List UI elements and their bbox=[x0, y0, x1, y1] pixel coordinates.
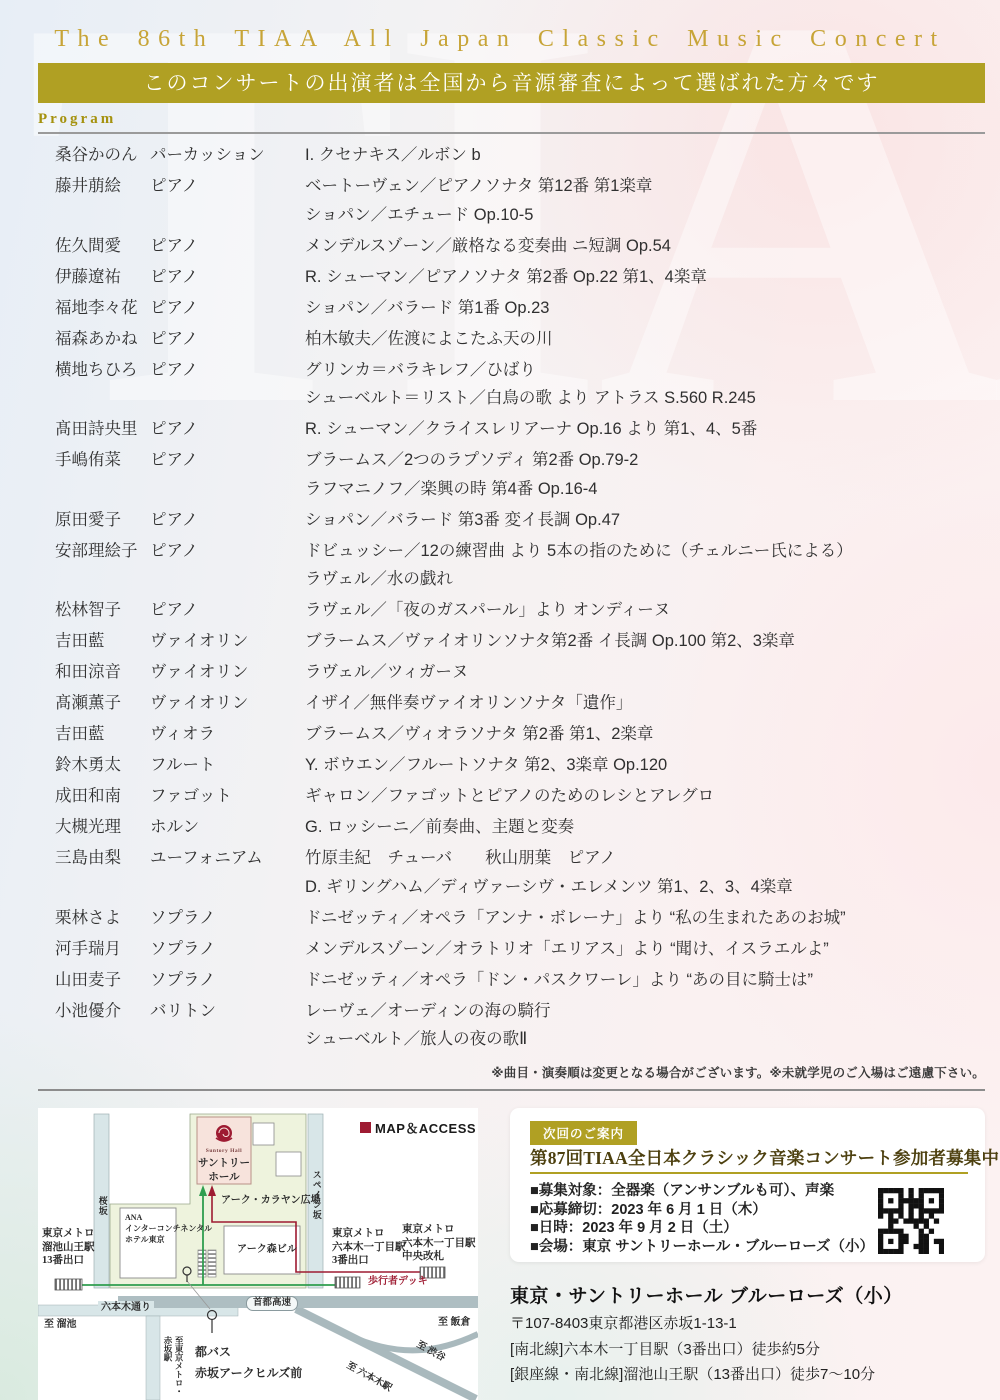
performer-instrument: ヴィオラ bbox=[150, 720, 305, 749]
program-row: 福地李々花 ピアノ ショパン／バラード 第1番 Op.23 bbox=[55, 294, 985, 323]
piece-list: ドニゼッティ／オペラ「アンナ・ボレーナ」より “私の生まれたあのお城” bbox=[305, 904, 985, 933]
performer-instrument: ソプラノ bbox=[150, 904, 305, 933]
performer-instrument: ソプラノ bbox=[150, 966, 305, 995]
program-row: 藤井萠絵 ピアノ ベートーヴェン／ピアノソナタ 第12番 第1楽章ショパン／エチ… bbox=[55, 172, 985, 229]
piece: Y. ボウエン／フルートソナタ 第2、3楽章 Op.120 bbox=[305, 751, 985, 780]
performer-instrument: フルート bbox=[150, 751, 305, 780]
performer-instrument: ピアノ bbox=[150, 356, 305, 413]
piece: シューベルト＝リスト／白鳥の歌 より アトラス S.560 R.245 bbox=[305, 384, 985, 413]
piece-list: レーヴェ／オーディンの海の騎行シューベルト／旅人の夜の歌Ⅱ bbox=[305, 997, 985, 1054]
piece-list: ドビュッシー／12の練習曲 より 5本の指のために（チェルニー氏による）ラヴェル… bbox=[305, 537, 985, 594]
program-row: 和田涼音 ヴァイオリン ラヴェル／ツィガーヌ bbox=[55, 658, 985, 687]
venue-access-1: [南北線]六本木一丁目駅（3番出口）徒歩約5分 bbox=[510, 1338, 820, 1359]
performer-instrument: ホルン bbox=[150, 813, 305, 842]
performer-name: 栗林さよ bbox=[55, 904, 150, 933]
performer-instrument: バリトン bbox=[150, 997, 305, 1054]
next-concert-title: 第87回TIAA全日本クラシック音楽コンサート参加者募集中 bbox=[530, 1145, 980, 1170]
piece: レーヴェ／オーディンの海の騎行 bbox=[305, 997, 985, 1026]
performer-instrument: ピアノ bbox=[150, 506, 305, 535]
next-concert-details: ■募集対象：全器楽（アンサンブルも可）、声楽 ■応募締切：2023 年 6 月 … bbox=[530, 1182, 874, 1256]
performer-instrument: ヴァイオリン bbox=[150, 658, 305, 687]
piece: ショパン／エチュード Op.10-5 bbox=[305, 201, 985, 230]
performer-instrument: パーカッション bbox=[150, 141, 305, 170]
bus-stop-label: 都バス 赤坂アークヒルズ前 bbox=[195, 1342, 302, 1384]
section-divider bbox=[38, 1089, 985, 1091]
program-row: 安部理絵子 ピアノ ドビュッシー／12の練習曲 より 5本の指のために（チェルニ… bbox=[55, 537, 985, 594]
to-akasaka-station-label: 至東京メトロ・赤坂駅 bbox=[162, 1336, 184, 1398]
program-row: 伊藤遼祐 ピアノ R. シューマン／ピアノソナタ 第2番 Op.22 第1、4楽… bbox=[55, 263, 985, 292]
piece: ドニゼッティ／オペラ「ドン・パスクワーレ」より “あの目に騎士は” bbox=[305, 966, 985, 995]
piece: ドニゼッティ／オペラ「アンナ・ボレーナ」より “私の生まれたあのお城” bbox=[305, 904, 985, 933]
program-row: 吉田藍 ヴィオラ ブラームス／ヴィオラソナタ 第2番 第1、2楽章 bbox=[55, 720, 985, 749]
piece-list: ブラームス／2つのラプソディ 第2番 Op.79-2ラフマニノフ／楽興の時 第4… bbox=[305, 446, 985, 503]
program-row: 成田和南 ファゴット ギャロン／ファゴットとピアノのためのレシとアレグロ bbox=[55, 782, 985, 811]
piece-list: ブラームス／ヴァイオリンソナタ第2番 イ長調 Op.100 第2、3楽章 bbox=[305, 627, 985, 656]
performer-name: 安部理絵子 bbox=[55, 537, 150, 594]
program-row: 山田麦子 ソプラノ ドニゼッティ／オペラ「ドン・パスクワーレ」より “あの目に騎… bbox=[55, 966, 985, 995]
piece: ラヴェル／「夜のガスパール」より オンディーヌ bbox=[305, 596, 985, 625]
roppongi-itchome-central-label: 東京メトロ 六本木一丁目駅 中央改札 bbox=[402, 1223, 476, 1264]
program-row: 髙瀬薫子 ヴァイオリン イザイ／無伴奏ヴァイオリンソナタ「遺作」 bbox=[55, 689, 985, 718]
program-row: 桑谷かのん パーカッション I. クセナキス／ルボン b bbox=[55, 141, 985, 170]
shuto-expressway-label: 首都高速 bbox=[246, 1296, 298, 1311]
performer-instrument: ピアノ bbox=[150, 232, 305, 261]
piece-list: ショパン／バラード 第3番 変イ長調 Op.47 bbox=[305, 506, 985, 535]
piece: メンデルスゾーン／オラトリオ「エリアス」より “聞け、イスラエルよ” bbox=[305, 935, 985, 964]
piece: 竹原圭紀 チューバ 秋山朋葉 ピアノ bbox=[305, 844, 985, 873]
piece: グリンカ＝バラキレフ／ひばり bbox=[305, 356, 985, 385]
piece-list: メンデルスゾーン／厳格なる変奏曲 ニ短調 Op.54 bbox=[305, 232, 985, 261]
venue-title: 東京・サントリーホール ブルーローズ（小） bbox=[510, 1281, 903, 1308]
piece: ショパン／バラード 第3番 変イ長調 Op.47 bbox=[305, 506, 985, 535]
performer-name: 三島由梨 bbox=[55, 844, 150, 901]
program-row: 横地ちひろ ピアノ グリンカ＝バラキレフ／ひばりシューベルト＝リスト／白鳥の歌 … bbox=[55, 356, 985, 413]
performer-instrument: ヴァイオリン bbox=[150, 627, 305, 656]
tameike-sanno-station-label: 東京メトロ 溜池山王駅 13番出口 bbox=[42, 1227, 95, 1268]
piece: ショパン／バラード 第1番 Op.23 bbox=[305, 294, 985, 323]
piece: 柏木敏夫／佐渡によこたふ天の川 bbox=[305, 325, 985, 354]
roppongi-itchome-exit3-label: 東京メトロ 六本木一丁目駅 3番出口 bbox=[332, 1227, 406, 1268]
performer-instrument: ピアノ bbox=[150, 415, 305, 444]
piece-list: 竹原圭紀 チューバ 秋山朋葉 ピアノD. ギリングハム／ディヴァーシヴ・エレメン… bbox=[305, 844, 985, 901]
performer-name: 和田涼音 bbox=[55, 658, 150, 687]
to-iigura-label: 至 飯倉 bbox=[438, 1316, 471, 1329]
program-row: 三島由梨 ユーフォニアム 竹原圭紀 チューバ 秋山朋葉 ピアノD. ギリングハム… bbox=[55, 844, 985, 901]
program-row: 松林智子 ピアノ ラヴェル／「夜のガスパール」より オンディーヌ bbox=[55, 596, 985, 625]
piece-list: ドニゼッティ／オペラ「ドン・パスクワーレ」より “あの目に騎士は” bbox=[305, 966, 985, 995]
piece: イザイ／無伴奏ヴァイオリンソナタ「遺作」 bbox=[305, 689, 985, 718]
venue-access-2: [銀座線・南北線]溜池山王駅（13番出口）徒歩7〜10分 bbox=[510, 1363, 875, 1384]
piece: ドビュッシー／12の練習曲 より 5本の指のために（チェルニー氏による） bbox=[305, 537, 985, 566]
piece-list: R. シューマン／クライスレリアーナ Op.16 より 第1、4、5番 bbox=[305, 415, 985, 444]
piece-list: イザイ／無伴奏ヴァイオリンソナタ「遺作」 bbox=[305, 689, 985, 718]
map-access-marker-icon bbox=[360, 1122, 371, 1133]
program-row: 栗林さよ ソプラノ ドニゼッティ／オペラ「アンナ・ボレーナ」より “私の生まれた… bbox=[55, 904, 985, 933]
piece: ラヴェル／ツィガーヌ bbox=[305, 658, 985, 687]
application-deadline: ■応募締切：2023 年 6 月 1 日（木） bbox=[530, 1201, 874, 1220]
performer-name: 吉田藍 bbox=[55, 627, 150, 656]
piece: D. ギリングハム／ディヴァーシヴ・エレメンツ 第1、2、3、4楽章 bbox=[305, 873, 985, 902]
piece: ブラームス／2つのラプソディ 第2番 Op.79-2 bbox=[305, 446, 985, 475]
program-row: 鈴木勇太 フルート Y. ボウエン／フルートソナタ 第2、3楽章 Op.120 bbox=[55, 751, 985, 780]
performer-instrument: ヴァイオリン bbox=[150, 689, 305, 718]
piece: ブラームス／ヴィオラソナタ 第2番 第1、2楽章 bbox=[305, 720, 985, 749]
performer-instrument: ソプラノ bbox=[150, 935, 305, 964]
piece: ラヴェル／水の戯れ bbox=[305, 565, 985, 594]
piece-list: メンデルスゾーン／オラトリオ「エリアス」より “聞け、イスラエルよ” bbox=[305, 935, 985, 964]
performer-name: 佐久間愛 bbox=[55, 232, 150, 261]
performer-name: 髙田詩央里 bbox=[55, 415, 150, 444]
sakurazaka-label: 桜坂 bbox=[96, 1196, 108, 1216]
concert-venue: ■会場：東京 サントリーホール・ブルーローズ（小） bbox=[530, 1238, 874, 1257]
performer-name: 大槻光理 bbox=[55, 813, 150, 842]
performer-name: 河手瑞月 bbox=[55, 935, 150, 964]
piece: ギャロン／ファゴットとピアノのためのレシとアレグロ bbox=[305, 782, 985, 811]
program-row: 佐久間愛 ピアノ メンデルスゾーン／厳格なる変奏曲 ニ短調 Op.54 bbox=[55, 232, 985, 261]
piece: R. シューマン／ピアノソナタ 第2番 Op.22 第1、4楽章 bbox=[305, 263, 985, 292]
map-card: MAP＆ACCESS Suntory Hall サントリー ホール アーク・カラ… bbox=[38, 1108, 478, 1400]
concert-date: ■日時：2023 年 9 月 2 日（土） bbox=[530, 1219, 874, 1238]
performer-name: 山田麦子 bbox=[55, 966, 150, 995]
venue-address: 〒107-8403東京都港区赤坂1-13-1 bbox=[510, 1312, 737, 1333]
program-row: 小池優介 バリトン レーヴェ／オーディンの海の騎行シューベルト／旅人の夜の歌Ⅱ bbox=[55, 997, 985, 1054]
performer-name: 伊藤遼祐 bbox=[55, 263, 150, 292]
piece-list: ラヴェル／「夜のガスパール」より オンディーヌ bbox=[305, 596, 985, 625]
piece-list: ギャロン／ファゴットとピアノのためのレシとアレグロ bbox=[305, 782, 985, 811]
piece-list: I. クセナキス／ルボン b bbox=[305, 141, 985, 170]
performer-name: 桑谷かのん bbox=[55, 141, 150, 170]
performer-name: 横地ちひろ bbox=[55, 356, 150, 413]
map-access-heading: MAP＆ACCESS bbox=[360, 1118, 476, 1137]
suntory-rose-icon bbox=[216, 1125, 232, 1141]
piece: シューベルト／旅人の夜の歌Ⅱ bbox=[305, 1025, 985, 1054]
piece: G. ロッシーニ／前奏曲、主題と変奏 bbox=[305, 813, 985, 842]
performer-name: 原田愛子 bbox=[55, 506, 150, 535]
performer-name: 福地李々花 bbox=[55, 294, 150, 323]
to-tameike-label: 至 溜池 bbox=[44, 1318, 77, 1331]
audition-banner: このコンサートの出演者は全国から音源審査によって選ばれた方々です bbox=[38, 63, 985, 103]
program-heading-rule bbox=[38, 132, 985, 134]
piece-list: 柏木敏夫／佐渡によこたふ天の川 bbox=[305, 325, 985, 354]
performer-name: 藤井萠絵 bbox=[55, 172, 150, 229]
performer-instrument: ユーフォニアム bbox=[150, 844, 305, 901]
next-concert-card: 次回のご案内 第87回TIAA全日本クラシック音楽コンサート参加者募集中 ■募集… bbox=[510, 1108, 985, 1262]
ark-mori-label: アーク森ビル bbox=[237, 1243, 297, 1256]
flyer-page: TIAA The 86th TIAA All Japan Classic Mus… bbox=[0, 0, 1000, 1400]
performer-instrument: ピアノ bbox=[150, 446, 305, 503]
performer-name: 手嶋侑菜 bbox=[55, 446, 150, 503]
program-row: 河手瑞月 ソプラノ メンデルスゾーン／オラトリオ「エリアス」より “聞け、イスラ… bbox=[55, 935, 985, 964]
ana-hotel-label: ANA インターコンチネンタル ホテル東京 bbox=[125, 1213, 212, 1245]
recruit-target: ■募集対象：全器楽（アンサンブルも可）、声楽 bbox=[530, 1182, 874, 1201]
piece-list: ベートーヴェン／ピアノソナタ 第12番 第1楽章ショパン／エチュード Op.10… bbox=[305, 172, 985, 229]
piece: I. クセナキス／ルボン b bbox=[305, 141, 985, 170]
performer-name: 福森あかね bbox=[55, 325, 150, 354]
performer-instrument: ピアノ bbox=[150, 294, 305, 323]
roppongi-dori-label: 六本木通り bbox=[98, 1301, 154, 1314]
performer-instrument: ファゴット bbox=[150, 782, 305, 811]
program-row: 福森あかね ピアノ 柏木敏夫／佐渡によこたふ天の川 bbox=[55, 325, 985, 354]
qr-code bbox=[878, 1188, 944, 1254]
piece-list: G. ロッシーニ／前奏曲、主題と変奏 bbox=[305, 813, 985, 842]
program-row: 髙田詩央里 ピアノ R. シューマン／クライスレリアーナ Op.16 より 第1… bbox=[55, 415, 985, 444]
piece: ブラームス／ヴァイオリンソナタ第2番 イ長調 Op.100 第2、3楽章 bbox=[305, 627, 985, 656]
next-concert-rule bbox=[530, 1172, 968, 1174]
performer-instrument: ピアノ bbox=[150, 325, 305, 354]
performer-instrument: ピアノ bbox=[150, 596, 305, 625]
program-row: 手嶋侑菜 ピアノ ブラームス／2つのラプソディ 第2番 Op.79-2ラフマニノ… bbox=[55, 446, 985, 503]
piece-list: ショパン／バラード 第1番 Op.23 bbox=[305, 294, 985, 323]
suntory-hall-label: サントリー ホール bbox=[198, 1157, 250, 1184]
page-title: The 86th TIAA All Japan Classic Music Co… bbox=[20, 26, 980, 53]
pedestrian-deck-label: 歩行者デッキ bbox=[368, 1275, 428, 1288]
piece-list: Y. ボウエン／フルートソナタ 第2、3楽章 Op.120 bbox=[305, 751, 985, 780]
piece: R. シューマン／クライスレリアーナ Op.16 より 第1、4、5番 bbox=[305, 415, 985, 444]
program-row: 吉田藍 ヴァイオリン ブラームス／ヴァイオリンソナタ第2番 イ長調 Op.100… bbox=[55, 627, 985, 656]
program-row: 大槻光理 ホルン G. ロッシーニ／前奏曲、主題と変奏 bbox=[55, 813, 985, 842]
performer-name: 吉田藍 bbox=[55, 720, 150, 749]
piece: ラフマニノフ／楽興の時 第4番 Op.16-4 bbox=[305, 475, 985, 504]
spainzaka-label: スペイン坂 bbox=[310, 1170, 322, 1220]
performer-name: 髙瀬薫子 bbox=[55, 689, 150, 718]
performer-name: 成田和南 bbox=[55, 782, 150, 811]
program-list: 桑谷かのん パーカッション I. クセナキス／ルボン b 藤井萠絵 ピアノ ベー… bbox=[55, 141, 985, 1056]
piece-list: ラヴェル／ツィガーヌ bbox=[305, 658, 985, 687]
piece-list: ブラームス／ヴィオラソナタ 第2番 第1、2楽章 bbox=[305, 720, 985, 749]
performer-name: 松林智子 bbox=[55, 596, 150, 625]
piece: ベートーヴェン／ピアノソナタ 第12番 第1楽章 bbox=[305, 172, 985, 201]
piece-list: グリンカ＝バラキレフ／ひばりシューベルト＝リスト／白鳥の歌 より アトラス S.… bbox=[305, 356, 985, 413]
piece-list: R. シューマン／ピアノソナタ 第2番 Op.22 第1、4楽章 bbox=[305, 263, 985, 292]
performer-instrument: ピアノ bbox=[150, 537, 305, 594]
program-heading: Program bbox=[38, 111, 116, 128]
performer-name: 鈴木勇太 bbox=[55, 751, 150, 780]
piece: メンデルスゾーン／厳格なる変奏曲 ニ短調 Op.54 bbox=[305, 232, 985, 261]
performer-instrument: ピアノ bbox=[150, 263, 305, 292]
program-row: 原田愛子 ピアノ ショパン／バラード 第3番 変イ長調 Op.47 bbox=[55, 506, 985, 535]
performer-name: 小池優介 bbox=[55, 997, 150, 1054]
performer-instrument: ピアノ bbox=[150, 172, 305, 229]
suntory-hall-en-label: Suntory Hall bbox=[198, 1148, 250, 1155]
next-concert-badge: 次回のご案内 bbox=[530, 1121, 637, 1145]
karajan-plaza-label: アーク・カラヤン広場 bbox=[221, 1194, 321, 1207]
program-note: ※曲目・演奏順は変更となる場合がございます。※未就学児のご入場はご遠慮下さい。 bbox=[38, 1063, 985, 1081]
